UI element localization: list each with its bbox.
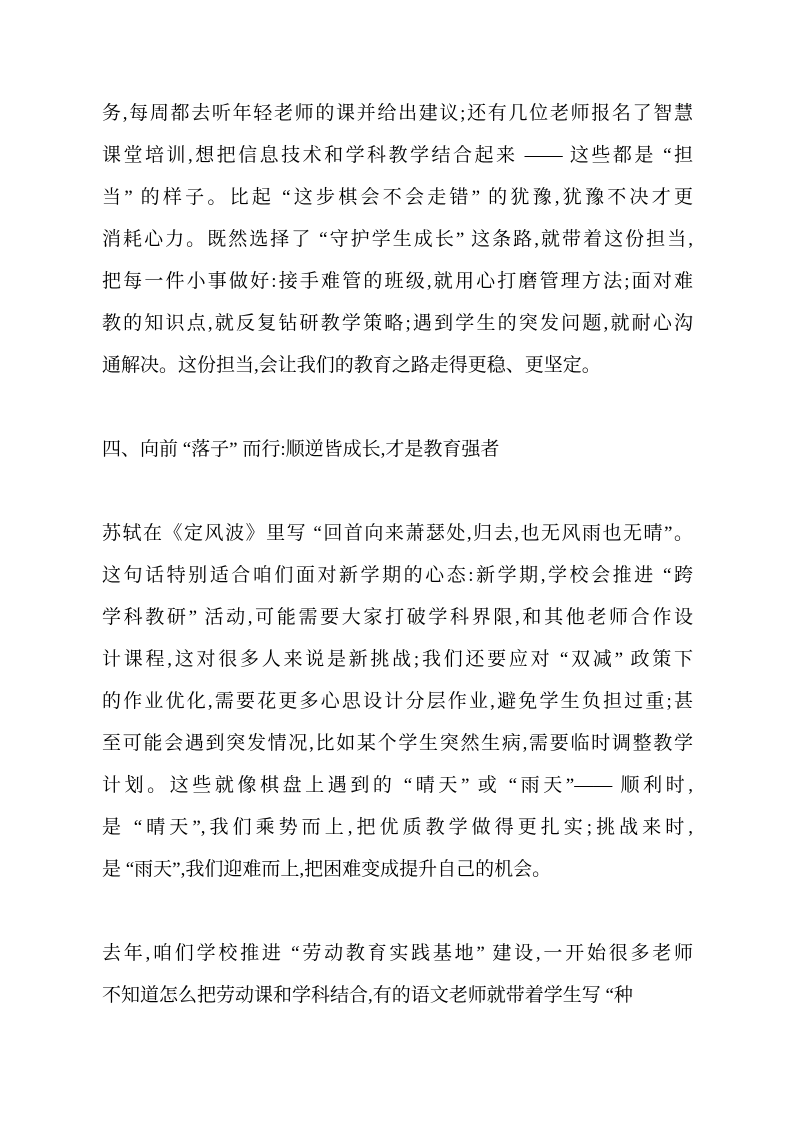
text-line: 是 “雨天”,我们迎难而上,把困难变成提升自己的机会。 bbox=[102, 849, 693, 891]
text-line: 四、向前 “落子” 而行:顺逆皆成长,才是教育强者 bbox=[102, 429, 693, 471]
text-line: 学科教研” 活动,可能需要大家打破学科界限,和其他老师合作设 bbox=[102, 597, 693, 639]
text-line: 计课程,这对很多人来说是新挑战;我们还要应对 “双减” 政策下 bbox=[102, 639, 693, 681]
text-line: 计划。这些就像棋盘上遇到的 “晴天” 或 “雨天”—— 顺利时, bbox=[102, 765, 693, 807]
text-line: 当” 的样子。比起 “这步棋会不会走错” 的犹豫,犹豫不决才更 bbox=[102, 177, 693, 219]
text-line: 去年,咱们学校推进 “劳动教育实践基地” 建设,一开始很多老师 bbox=[102, 933, 693, 975]
text-line: 不知道怎么把劳动课和学科结合,有的语文老师就带着学生写 “种 bbox=[102, 975, 693, 1017]
text-line: 这句话特别适合咱们面对新学期的心态:新学期,学校会推进 “跨 bbox=[102, 555, 693, 597]
paragraph: 苏轼在《定风波》里写 “回首向来萧瑟处,归去,也无风雨也无晴”。这句话特别适合咱… bbox=[102, 513, 693, 891]
paragraph: 去年,咱们学校推进 “劳动教育实践基地” 建设,一开始很多老师不知道怎么把劳动课… bbox=[102, 933, 693, 1017]
section-heading: 四、向前 “落子” 而行:顺逆皆成长,才是教育强者 bbox=[102, 429, 693, 471]
paragraph: 务,每周都去听年轻老师的课并给出建议;还有几位老师报名了智慧课堂培训,想把信息技… bbox=[102, 93, 693, 387]
text-line: 教的知识点,就反复钻研教学策略;遇到学生的突发问题,就耐心沟 bbox=[102, 303, 693, 345]
text-line: 务,每周都去听年轻老师的课并给出建议;还有几位老师报名了智慧 bbox=[102, 93, 693, 135]
text-line: 把每一件小事做好:接手难管的班级,就用心打磨管理方法;面对难 bbox=[102, 261, 693, 303]
text-line: 的作业优化,需要花更多心思设计分层作业,避免学生负担过重;甚 bbox=[102, 681, 693, 723]
text-line: 苏轼在《定风波》里写 “回首向来萧瑟处,归去,也无风雨也无晴”。 bbox=[102, 513, 693, 555]
document-page: 务,每周都去听年轻老师的课并给出建议;还有几位老师报名了智慧课堂培训,想把信息技… bbox=[0, 0, 793, 1122]
text-line: 是 “晴天”,我们乘势而上,把优质教学做得更扎实;挑战来时, bbox=[102, 807, 693, 849]
text-line: 消耗心力。既然选择了 “守护学生成长” 这条路,就带着这份担当, bbox=[102, 219, 693, 261]
text-line: 通解决。这份担当,会让我们的教育之路走得更稳、更坚定。 bbox=[102, 345, 693, 387]
text-line: 课堂培训,想把信息技术和学科教学结合起来 —— 这些都是 “担 bbox=[102, 135, 693, 177]
text-line: 至可能会遇到突发情况,比如某个学生突然生病,需要临时调整教学 bbox=[102, 723, 693, 765]
